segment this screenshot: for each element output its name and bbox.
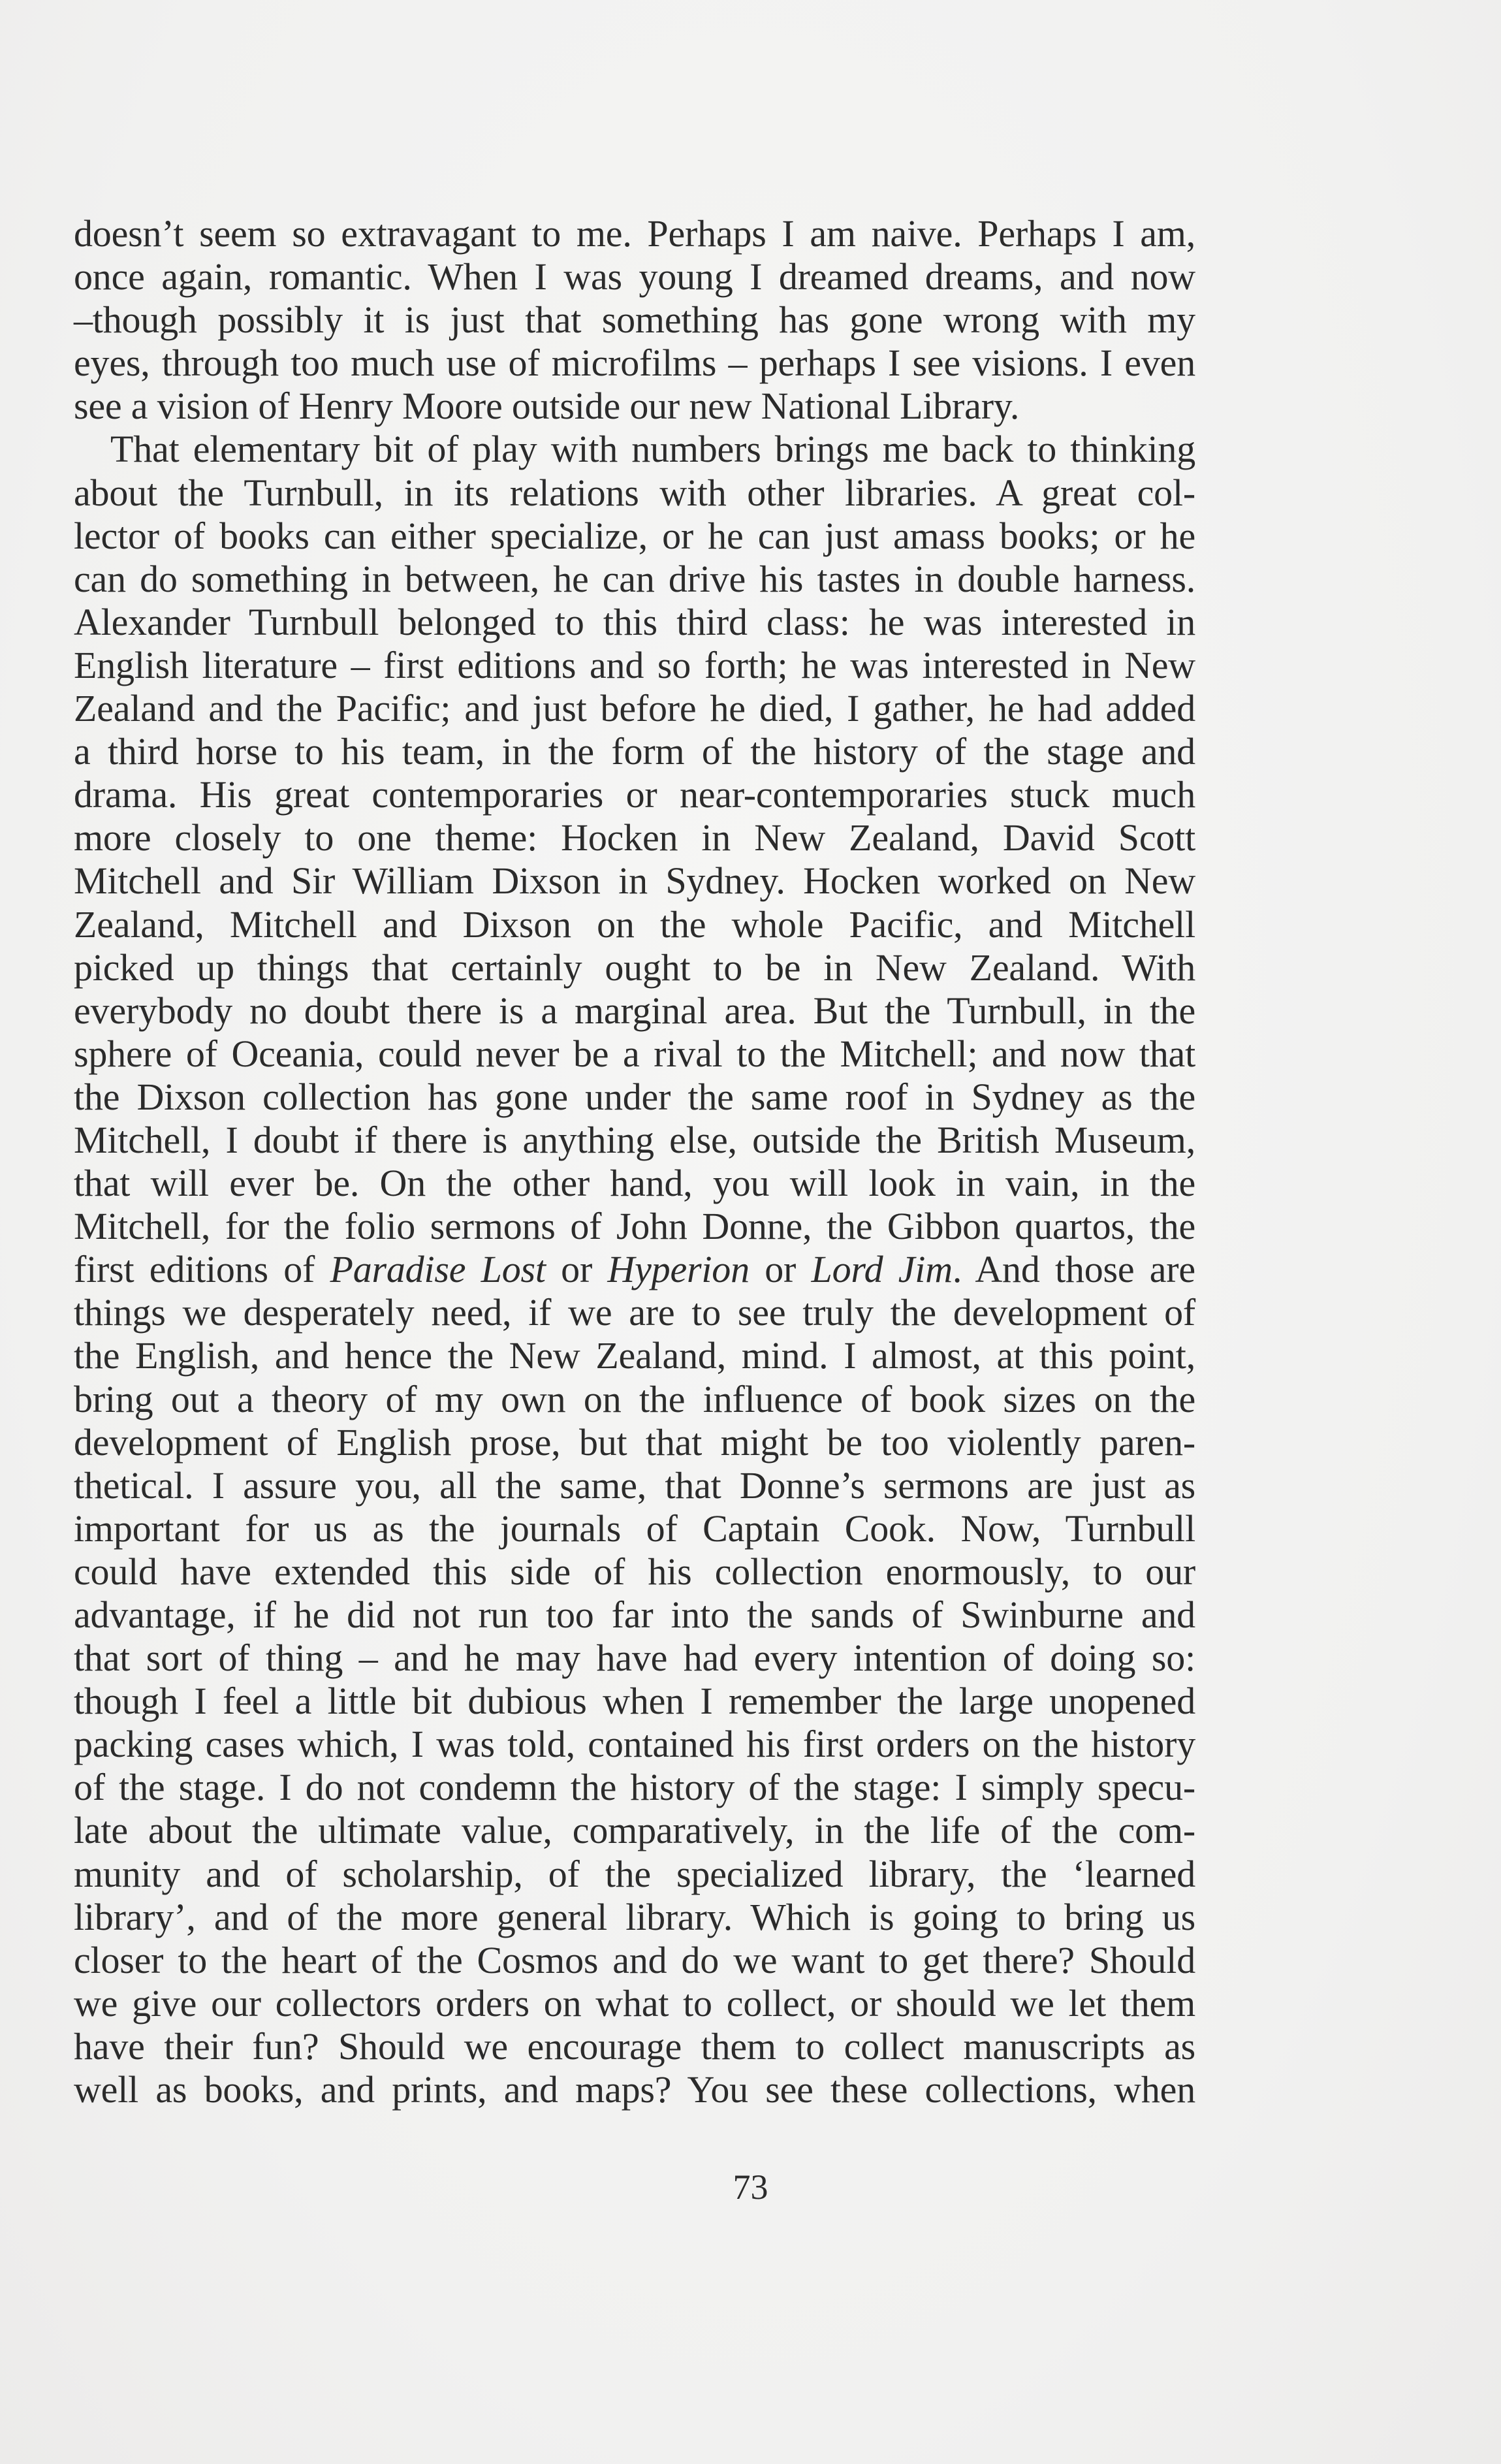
page-number: 73 <box>0 2167 1501 2207</box>
book-title-lord-jim: Lord Jim <box>812 1248 953 1290</box>
text-line: that sort of thing – and he may have had… <box>74 1637 1195 1680</box>
text-line: see a vision of Henry Moore outside our … <box>74 385 1195 428</box>
text-line: could have extended this side of his col… <box>74 1550 1195 1593</box>
text-line: about the Turnbull, in its relations wit… <box>74 472 1195 515</box>
text-fragment: . And those are <box>953 1248 1195 1290</box>
text-line: lector of books can either specialize, o… <box>74 515 1195 558</box>
text-line: we give our collectors orders on what to… <box>74 1982 1195 2025</box>
text-line: advantage, if he did not run too far int… <box>74 1593 1195 1637</box>
text-line: late about the ultimate value, comparati… <box>74 1809 1195 1852</box>
text-fragment: or <box>750 1248 812 1290</box>
text-line: can do something in between, he can driv… <box>74 558 1195 601</box>
book-page: doesn’t seem so extravagant to me. Perha… <box>0 0 1501 2464</box>
paragraph-1: doesn’t seem so extravagant to me. Perha… <box>74 212 1195 428</box>
book-title-paradise-lost: Paradise Lost <box>330 1248 545 1290</box>
text-line: everybody no doubt there is a marginal a… <box>74 989 1195 1032</box>
body-text: doesn’t seem so extravagant to me. Perha… <box>74 212 1195 2111</box>
text-line: eyes, through too much use of microfilms… <box>74 342 1195 385</box>
text-line: Alexander Turnbull belonged to this thir… <box>74 601 1195 644</box>
text-line: Mitchell and Sir William Dixson in Sydne… <box>74 859 1195 903</box>
text-line: drama. His great contemporaries or near-… <box>74 773 1195 816</box>
text-line: picked up things that certainly ought to… <box>74 946 1195 989</box>
text-line: that will ever be. On the other hand, yo… <box>74 1162 1195 1205</box>
text-fragment: or <box>546 1248 608 1290</box>
text-line: a third horse to his team, in the form o… <box>74 730 1195 773</box>
text-line: the English, and hence the New Zealand, … <box>74 1334 1195 1377</box>
text-line: have their fun? Should we encourage them… <box>74 2025 1195 2068</box>
text-line: the Dixson collection has gone under the… <box>74 1076 1195 1119</box>
text-line: more closely to one theme: Hocken in New… <box>74 816 1195 859</box>
text-line: Zealand and the Pacific; and just before… <box>74 687 1195 730</box>
text-line-with-titles: first editions of Paradise Lost or Hyper… <box>74 1248 1195 1291</box>
text-line: library’, and of the more general librar… <box>74 1896 1195 1939</box>
text-line: closer to the heart of the Cosmos and do… <box>74 1939 1195 1982</box>
text-fragment: first editions of <box>74 1248 330 1290</box>
text-line: once again, romantic. When I was young I… <box>74 255 1195 298</box>
text-line: important for us as the journals of Capt… <box>74 1507 1195 1550</box>
text-line: –though possibly it is just that somethi… <box>74 298 1195 342</box>
text-line: doesn’t seem so extravagant to me. Perha… <box>74 212 1195 255</box>
text-line: Zealand, Mitchell and Dixson on the whol… <box>74 903 1195 946</box>
text-line: Mitchell, I doubt if there is anything e… <box>74 1119 1195 1162</box>
text-line: sphere of Oceania, could never be a riva… <box>74 1032 1195 1076</box>
text-line: thetical. I assure you, all the same, th… <box>74 1464 1195 1507</box>
text-line: English literature – first editions and … <box>74 644 1195 687</box>
text-line: things we desperately need, if we are to… <box>74 1291 1195 1334</box>
text-line: That elementary bit of play with numbers… <box>74 428 1195 471</box>
text-line: of the stage. I do not condemn the histo… <box>74 1766 1195 1809</box>
paragraph-2: That elementary bit of play with numbers… <box>74 428 1195 2111</box>
text-line: development of English prose, but that m… <box>74 1421 1195 1464</box>
text-line: munity and of scholarship, of the specia… <box>74 1853 1195 1896</box>
text-line: though I feel a little bit dubious when … <box>74 1680 1195 1723</box>
text-line: well as books, and prints, and maps? You… <box>74 2068 1195 2111</box>
book-title-hyperion: Hyperion <box>607 1248 749 1290</box>
text-line: Mitchell, for the folio sermons of John … <box>74 1205 1195 1248</box>
text-line: packing cases which, I was told, contain… <box>74 1723 1195 1766</box>
text-line: bring out a theory of my own on the infl… <box>74 1378 1195 1421</box>
